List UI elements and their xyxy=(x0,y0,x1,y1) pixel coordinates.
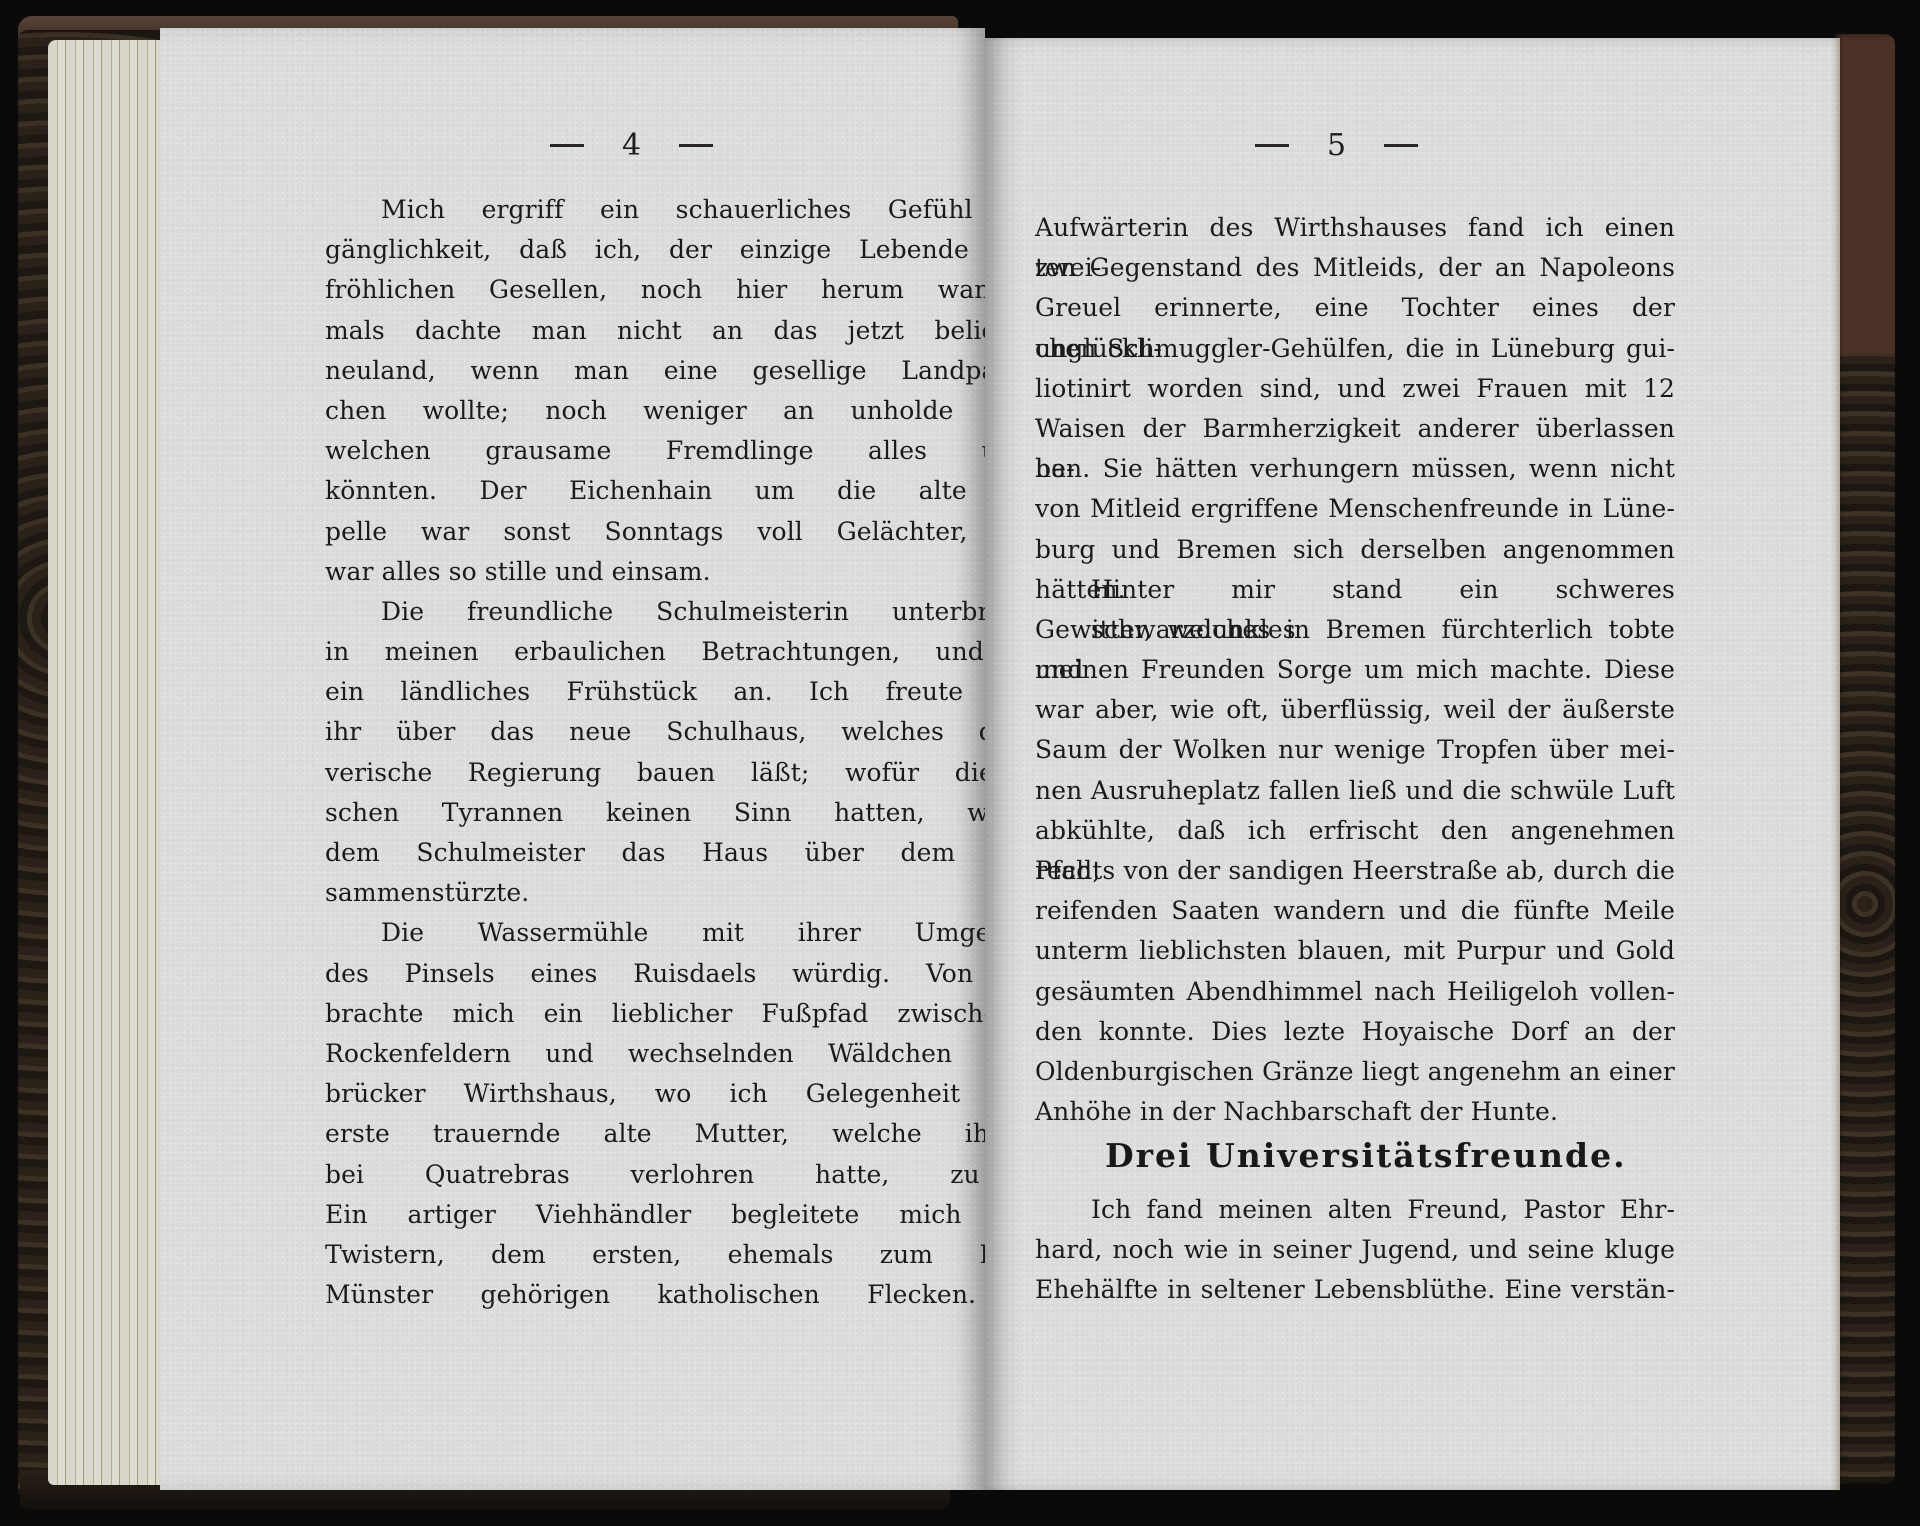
text-line: Ehehälfte in seltener Lebensblüthe. Eine… xyxy=(1035,1270,1675,1310)
dash-decoration xyxy=(1384,144,1418,147)
text-line: burg und Bremen sich derselben angenomme… xyxy=(1035,530,1675,570)
text-line: ben. Sie hätten verhungern müssen, wenn … xyxy=(1035,449,1675,489)
dash-decoration xyxy=(679,144,713,147)
dash-decoration xyxy=(550,144,584,147)
text-line: rechts von der sandigen Heerstraße ab, d… xyxy=(1035,851,1675,891)
text-line: liotinirt worden sind, und zwei Frauen m… xyxy=(1035,369,1675,409)
text-line: ten Gegenstand des Mitleids, der an Napo… xyxy=(1035,248,1675,288)
text-line: von Mitleid ergriffene Menschenfreunde i… xyxy=(1035,489,1675,529)
text-line: gesäumten Abendhimmel nach Heiligeloh vo… xyxy=(1035,972,1675,1012)
book-cover-right-marbled xyxy=(1835,34,1895,1484)
text-line: nen Ausruheplatz fallen ließ und die sch… xyxy=(1035,771,1675,811)
text-line: den konnte. Dies lezte Hoyaische Dorf an… xyxy=(1035,1012,1675,1052)
text-line: Aufwärterin des Wirthshauses fand ich ei… xyxy=(1035,208,1675,248)
text-line: Greuel erinnerte, eine Tochter eines der… xyxy=(1035,288,1675,328)
text-line: Waisen der Barmherzigkeit anderer überla… xyxy=(1035,409,1675,449)
right-page-text-after-heading: Ich fand meinen alten Freund, Pastor Ehr… xyxy=(1035,1190,1675,1311)
page-edge-stack xyxy=(48,40,168,1485)
left-page: 4 Mich ergriff ein schauerliches Gefühl … xyxy=(160,28,985,1490)
text-line: reifenden Saaten wandern und die fünfte … xyxy=(1035,891,1675,931)
right-page: 5 Aufwärterin des Wirthshauses fand ich … xyxy=(985,38,1840,1490)
section-heading: Drei Universitätsfreunde. xyxy=(1105,1136,1627,1175)
page-number-left: 4 xyxy=(550,128,713,163)
text-line: Oldenburgischen Gränze liegt angenehm an… xyxy=(1035,1052,1675,1092)
text-line: hard, noch wie in seiner Jugend, und sei… xyxy=(1035,1230,1675,1270)
text-line: Anhöhe in der Nachbarschaft der Hunte. xyxy=(1035,1092,1675,1132)
dash-decoration xyxy=(1255,144,1289,147)
text-line: Hinter mir stand ein schweres schwarzdun… xyxy=(1035,570,1675,610)
text-line: war aber, wie oft, überflüssig, weil der… xyxy=(1035,690,1675,730)
page-number-right: 5 xyxy=(1255,128,1418,163)
page-number-value: 5 xyxy=(1327,128,1346,163)
right-page-text-before-heading: Aufwärterin des Wirthshauses fand ich ei… xyxy=(1035,208,1675,1132)
text-line: Ich fand meinen alten Freund, Pastor Ehr… xyxy=(1035,1190,1675,1230)
text-line: Gewitter, welches in Bremen fürchterlich… xyxy=(1035,610,1675,650)
text-line: meinen Freunden Sorge um mich machte. Di… xyxy=(1035,650,1675,690)
text-line: unterm lieblichsten blauen, mit Purpur u… xyxy=(1035,931,1675,971)
text-line: Saum der Wolken nur wenige Tropfen über … xyxy=(1035,730,1675,770)
text-line: chen Schmuggler-Gehülfen, die in Lünebur… xyxy=(1035,329,1675,369)
text-line: abkühlte, daß ich erfrischt den angenehm… xyxy=(1035,811,1675,851)
page-number-value: 4 xyxy=(622,128,641,163)
